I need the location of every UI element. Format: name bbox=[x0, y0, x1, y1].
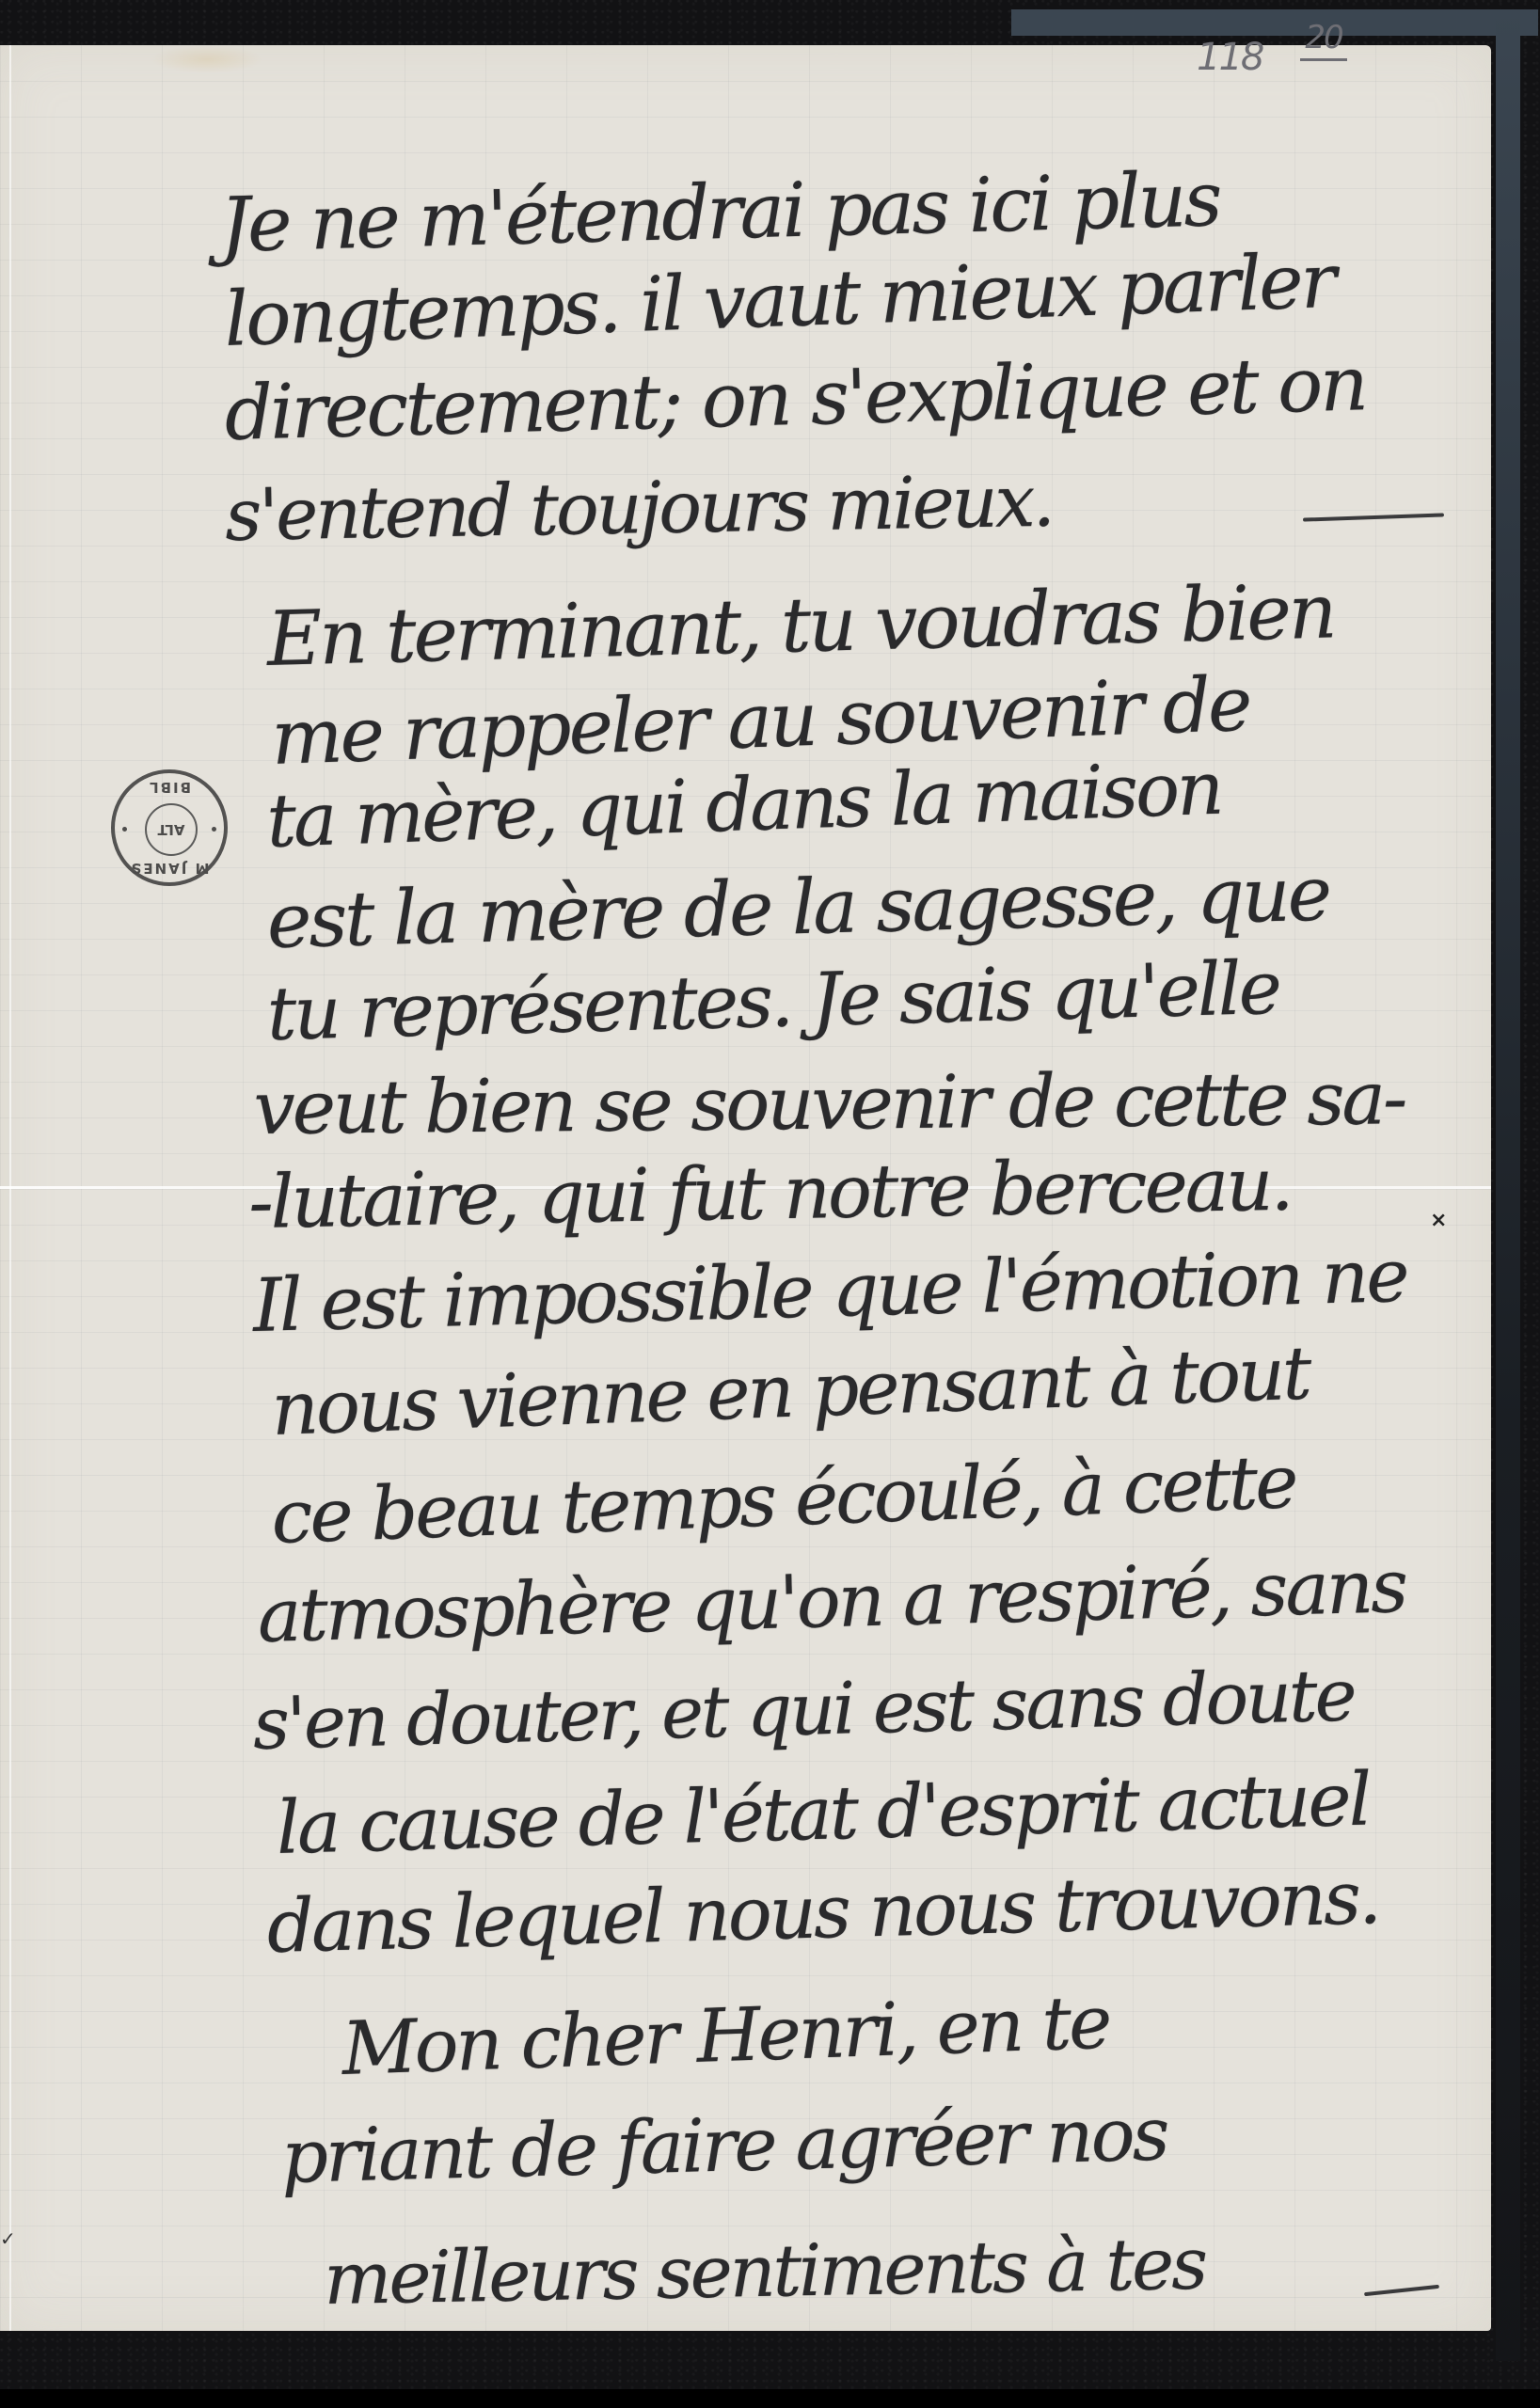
handwritten-line: la cause de l'état d'esprit actuel bbox=[276, 1764, 1370, 1865]
mount-frame-strip-right bbox=[1496, 9, 1520, 2361]
handwritten-line: meilleurs sentiments à tes bbox=[324, 2228, 1206, 2315]
handwritten-line: tu représentes. Je sais qu'elle bbox=[266, 952, 1280, 1052]
handwritten-line: priant de faire agréer nos bbox=[280, 2098, 1168, 2194]
handwritten-line: directement; on s'explique et on bbox=[224, 346, 1367, 451]
handwritten-line: nous vienne en pensant à tout bbox=[270, 1338, 1310, 1447]
handwritten-line: Il est impossible que l'émotion ne bbox=[252, 1240, 1407, 1343]
handwritten-line: s'entend toujours mieux. bbox=[225, 466, 1054, 551]
handwritten-line: s'en douter, et qui est sans doute bbox=[252, 1659, 1355, 1760]
handwritten-line: veut bien se souvenir de cette sa- bbox=[253, 1062, 1405, 1146]
letter-body: Je ne m'étendrai pas ici pluslongtemps. … bbox=[0, 0, 1491, 2331]
end-mark-icon: × bbox=[1430, 1209, 1447, 1232]
handwritten-line: Mon cher Henri, en te bbox=[341, 1987, 1110, 2086]
handwritten-line: est la mère de la sagesse, que bbox=[266, 856, 1330, 959]
handwritten-line: atmosphère qu'on a respiré, sans bbox=[257, 1550, 1406, 1654]
scanner-bottom-edge bbox=[0, 2389, 1540, 2408]
handwritten-line: dans lequel nous nous trouvons. bbox=[266, 1861, 1380, 1964]
margin-check-icon: ✓ bbox=[0, 2227, 13, 2248]
handwritten-line: -lutaire, qui fut notre berceau. bbox=[248, 1149, 1292, 1240]
handwritten-line: ce beau temps écoulé, à cette bbox=[270, 1446, 1296, 1555]
